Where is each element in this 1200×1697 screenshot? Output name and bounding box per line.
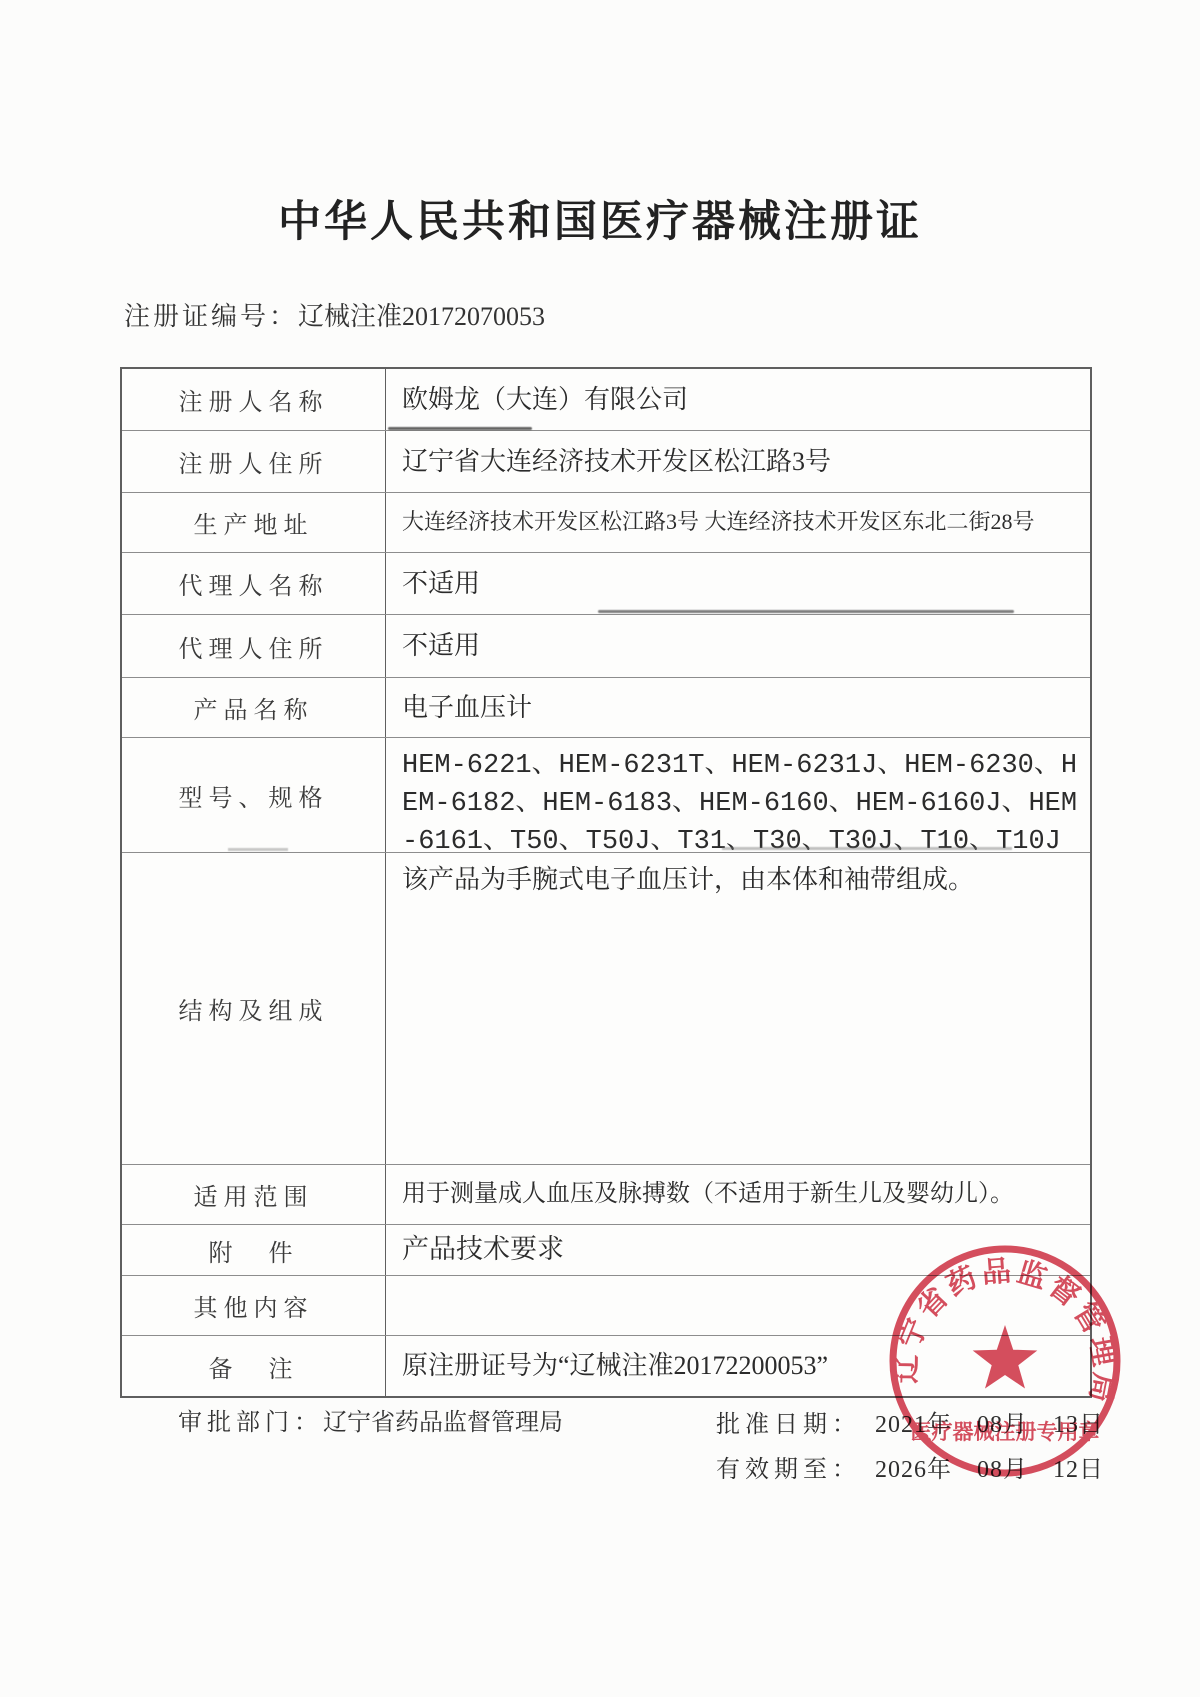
table-row-attachment: 附 件 产品技术要求 xyxy=(122,1224,1090,1275)
row-value xyxy=(385,1276,1090,1335)
registration-number-label: 注册证编号： xyxy=(124,302,298,331)
table-row-model-spec: 型号、规格 HEM-6221、HEM-6231T、HEM-6231J、HEM-6… xyxy=(122,737,1090,852)
approval-department-value: 辽宁省药品监督管理局 xyxy=(323,1410,563,1436)
table-row-registrant-name: 注册人名称 欧姆龙（大连）有限公司 xyxy=(122,369,1090,430)
approval-department-label: 审批部门： xyxy=(178,1410,323,1436)
row-label: 产品名称 xyxy=(122,678,385,737)
row-value: 该产品为手腕式电子血压计，由本体和袖带组成。 xyxy=(385,853,1090,1164)
row-label: 型号、规格 xyxy=(122,738,385,852)
table-row-production-address: 生产地址 大连经济技术开发区松江路3号 大连经济技术开发区东北二街28号 xyxy=(122,492,1090,552)
valid-until-label: 有效期至： xyxy=(716,1457,861,1483)
row-label: 注册人名称 xyxy=(122,369,385,430)
row-value: 不适用 xyxy=(385,553,1090,614)
table-row-remarks: 备 注 原注册证号为“辽械注准20172200053” xyxy=(122,1335,1090,1396)
row-value: 产品技术要求 xyxy=(385,1225,1090,1275)
row-value: 辽宁省大连经济技术开发区松江路3号 xyxy=(385,431,1090,492)
approval-department-line: 审批部门：辽宁省药品监督管理局 xyxy=(178,1402,563,1437)
row-value: 欧姆龙（大连）有限公司 xyxy=(385,369,1090,430)
table-row-scope: 适用范围 用于测量成人血压及脉搏数（不适用于新生儿及婴幼儿）。 xyxy=(122,1164,1090,1224)
approval-date-line: 批准日期：2021年 08月 13日 xyxy=(716,1404,1104,1439)
table-row-product-name: 产品名称 电子血压计 xyxy=(122,677,1090,737)
table-row-other-content: 其他内容 xyxy=(122,1275,1090,1335)
row-value: HEM-6221、HEM-6231T、HEM-6231J、HEM-6230、HE… xyxy=(385,738,1090,852)
row-label: 代理人住所 xyxy=(122,615,385,677)
table-row-agent-name: 代理人名称 不适用 xyxy=(122,552,1090,614)
valid-until-value: 2026年 08月 12日 xyxy=(875,1457,1104,1483)
row-value: 大连经济技术开发区松江路3号 大连经济技术开发区东北二街28号 xyxy=(385,493,1090,552)
row-label: 结构及组成 xyxy=(122,853,385,1164)
certificate-page: { "title": "中华人民共和国医疗器械注册证", "reg_no": {… xyxy=(0,0,1200,1697)
row-label: 代理人名称 xyxy=(122,553,385,614)
row-label: 备 注 xyxy=(122,1336,385,1396)
row-value: 电子血压计 xyxy=(385,678,1090,737)
table-row-agent-address: 代理人住所 不适用 xyxy=(122,614,1090,677)
table-row-structure: 结构及组成 该产品为手腕式电子血压计，由本体和袖带组成。 xyxy=(122,852,1090,1164)
approval-date-value: 2021年 08月 13日 xyxy=(875,1412,1104,1438)
row-value: 用于测量成人血压及脉搏数（不适用于新生儿及婴幼儿）。 xyxy=(385,1165,1090,1224)
certificate-table: 注册人名称 欧姆龙（大连）有限公司 注册人住所 辽宁省大连经济技术开发区松江路3… xyxy=(120,367,1092,1398)
row-label: 适用范围 xyxy=(122,1165,385,1224)
registration-number-value: 辽械注准20172070053 xyxy=(298,302,545,331)
row-label: 其他内容 xyxy=(122,1276,385,1335)
table-row-registrant-address: 注册人住所 辽宁省大连经济技术开发区松江路3号 xyxy=(122,430,1090,492)
page-title: 中华人民共和国医疗器械注册证 xyxy=(0,188,1200,249)
row-label: 注册人住所 xyxy=(122,431,385,492)
registration-number-line: 注册证编号：辽械注准20172070053 xyxy=(124,296,545,333)
row-label: 生产地址 xyxy=(122,493,385,552)
row-label: 附 件 xyxy=(122,1225,385,1275)
approval-date-label: 批准日期： xyxy=(716,1412,861,1438)
row-value: 不适用 xyxy=(385,615,1090,677)
row-value: 原注册证号为“辽械注准20172200053” xyxy=(385,1336,1090,1396)
valid-until-line: 有效期至：2026年 08月 12日 xyxy=(716,1449,1104,1484)
